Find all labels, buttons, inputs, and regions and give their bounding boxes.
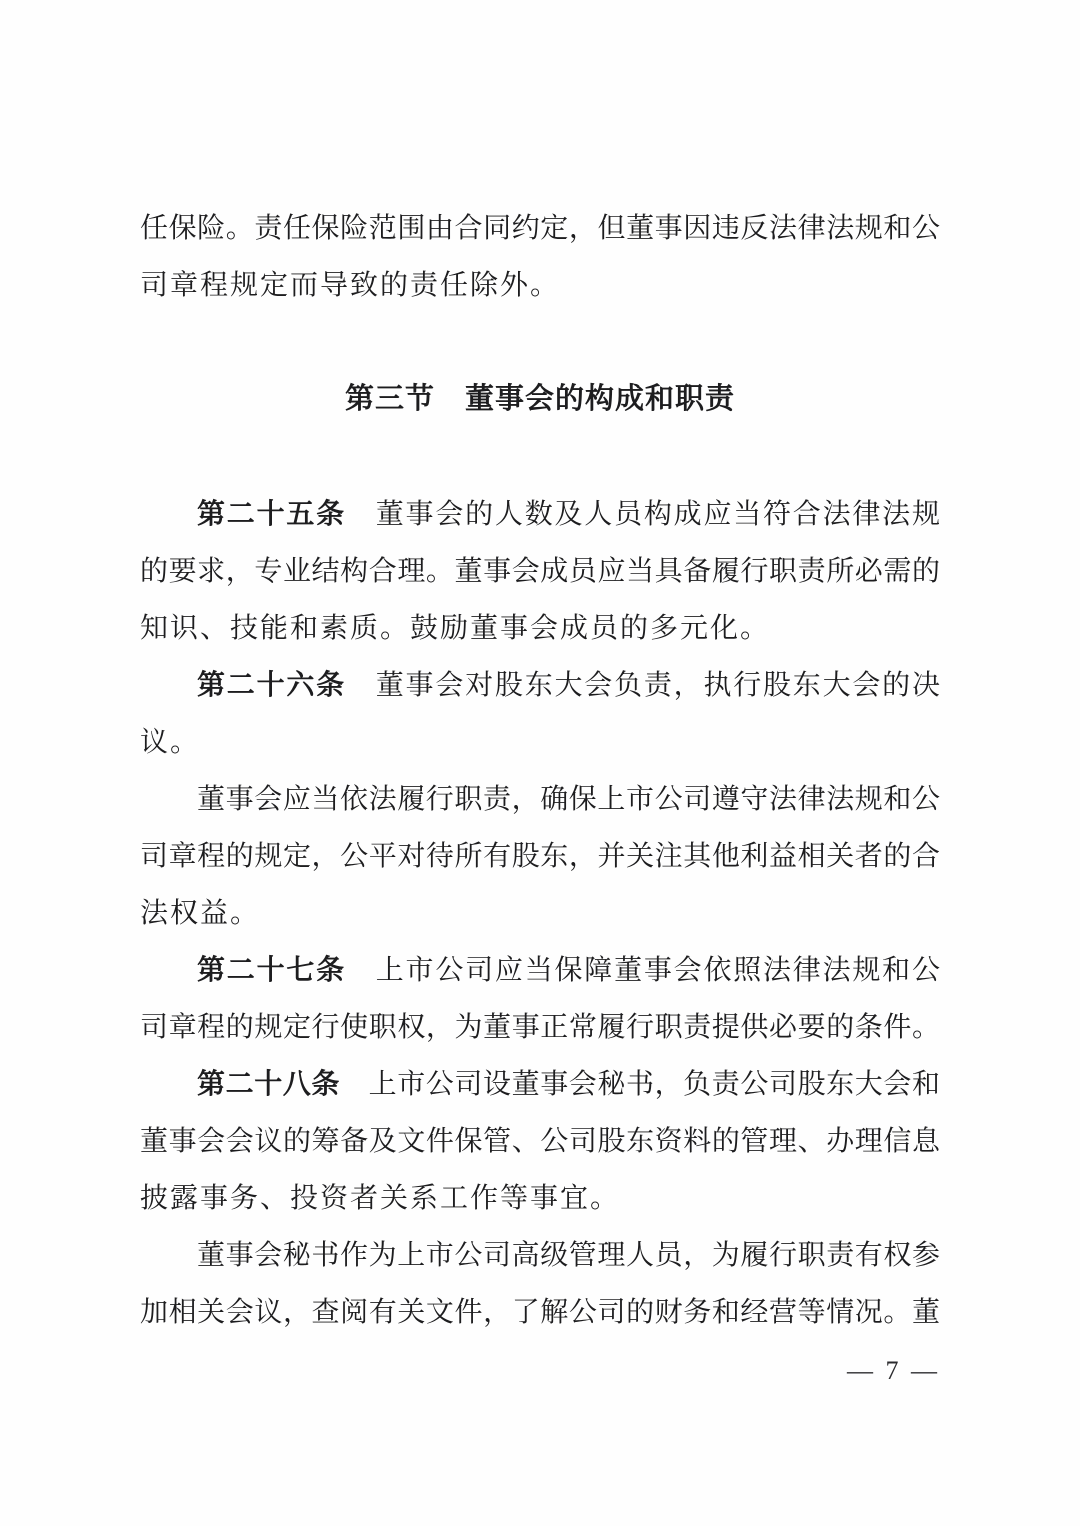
text-segment: 上市公司设董事会秘书，负责公司股东大会和 [340,1069,940,1100]
text-segment: 董事会的人数及人员构成应当符合法律法规 [346,499,940,530]
paragraph-opening: 任保险。责任保险范围由合同约定，但董事因违反法律法规和公司章程规定而导致的责任除… [140,200,940,314]
text-segment: 知识、技能和素质。鼓励董事会成员的多元化。 [140,613,770,644]
text-line: 董事会应当依法履行职责，确保上市公司遵守法律法规和公 [140,771,940,828]
text-segment: 司章程规定而导致的责任除外。 [140,270,560,301]
text-line: 董事会秘书作为上市公司高级管理人员，为履行职责有权参 [140,1227,940,1284]
text-line: 董事会会议的筹备及文件保管、公司股东资料的管理、办理信息 [140,1113,940,1170]
text-line: 司章程的规定行使职权，为董事正常履行职责提供必要的条件。 [140,999,940,1056]
articles-body: 第二十五条 董事会的人数及人员构成应当符合法律法规的要求，专业结构合理。董事会成… [140,486,940,1341]
text-segment: 任保险。责任保险范围由合同约定，但董事因违反法律法规和公 [140,213,940,244]
article-number: 第三节 董事会的构成和职责 [345,383,735,415]
text-line: 第二十六条 董事会对股东大会负责，执行股东大会的决 [140,657,940,714]
section-heading: 第三节 董事会的构成和职责 [140,371,940,428]
text-line: 司章程规定而导致的责任除外。 [140,257,940,314]
text-line: 任保险。责任保险范围由合同约定，但董事因违反法律法规和公 [140,200,940,257]
text-line: 司章程的规定，公平对待所有股东，并关注其他利益相关者的合 [140,828,940,885]
text-line: 知识、技能和素质。鼓励董事会成员的多元化。 [140,600,940,657]
document-page: 任保险。责任保险范围由合同约定，但董事因违反法律法规和公司章程规定而导致的责任除… [0,0,1080,1526]
text-line: 议。 [140,714,940,771]
text-segment: 董事会秘书作为上市公司高级管理人员，为履行职责有权参 [197,1240,940,1271]
text-segment: 司章程的规定行使职权，为董事正常履行职责提供必要的条件。 [140,1012,940,1043]
text-line: 披露事务、投资者关系工作等事宜。 [140,1170,940,1227]
text-line: 第二十七条 上市公司应当保障董事会依照法律法规和公 [140,942,940,999]
text-segment: 法权益。 [140,898,260,929]
text-segment: 司章程的规定，公平对待所有股东，并关注其他利益相关者的合 [140,841,940,872]
text-segment: 董事会对股东大会负责，执行股东大会的决 [346,670,940,701]
text-segment: 的要求，专业结构合理。董事会成员应当具备履行职责所必需的 [140,556,940,587]
text-line: 的要求，专业结构合理。董事会成员应当具备履行职责所必需的 [140,543,940,600]
article-number: 第二十八条 [197,1069,340,1100]
text-segment: 加相关会议，查阅有关文件，了解公司的财务和经营等情况。董 [140,1297,940,1328]
text-segment: 董事会会议的筹备及文件保管、公司股东资料的管理、办理信息 [140,1126,940,1157]
text-segment: 议。 [140,727,200,758]
text-line: 第二十五条 董事会的人数及人员构成应当符合法律法规 [140,486,940,543]
text-line: 法权益。 [140,885,940,942]
text-line: 第二十八条 上市公司设董事会秘书，负责公司股东大会和 [140,1056,940,1113]
text-segment: 上市公司应当保障董事会依照法律法规和公 [346,955,940,986]
text-segment: 披露事务、投资者关系工作等事宜。 [140,1183,620,1214]
article-number: 第二十六条 [197,670,346,701]
text-segment: 董事会应当依法履行职责，确保上市公司遵守法律法规和公 [197,784,940,815]
page-number: — 7 — [847,1352,940,1390]
article-number: 第二十五条 [197,499,346,530]
text-line: 加相关会议，查阅有关文件，了解公司的财务和经营等情况。董 [140,1284,940,1341]
article-number: 第二十七条 [197,955,346,986]
text-line: 第三节 董事会的构成和职责 [140,371,940,428]
